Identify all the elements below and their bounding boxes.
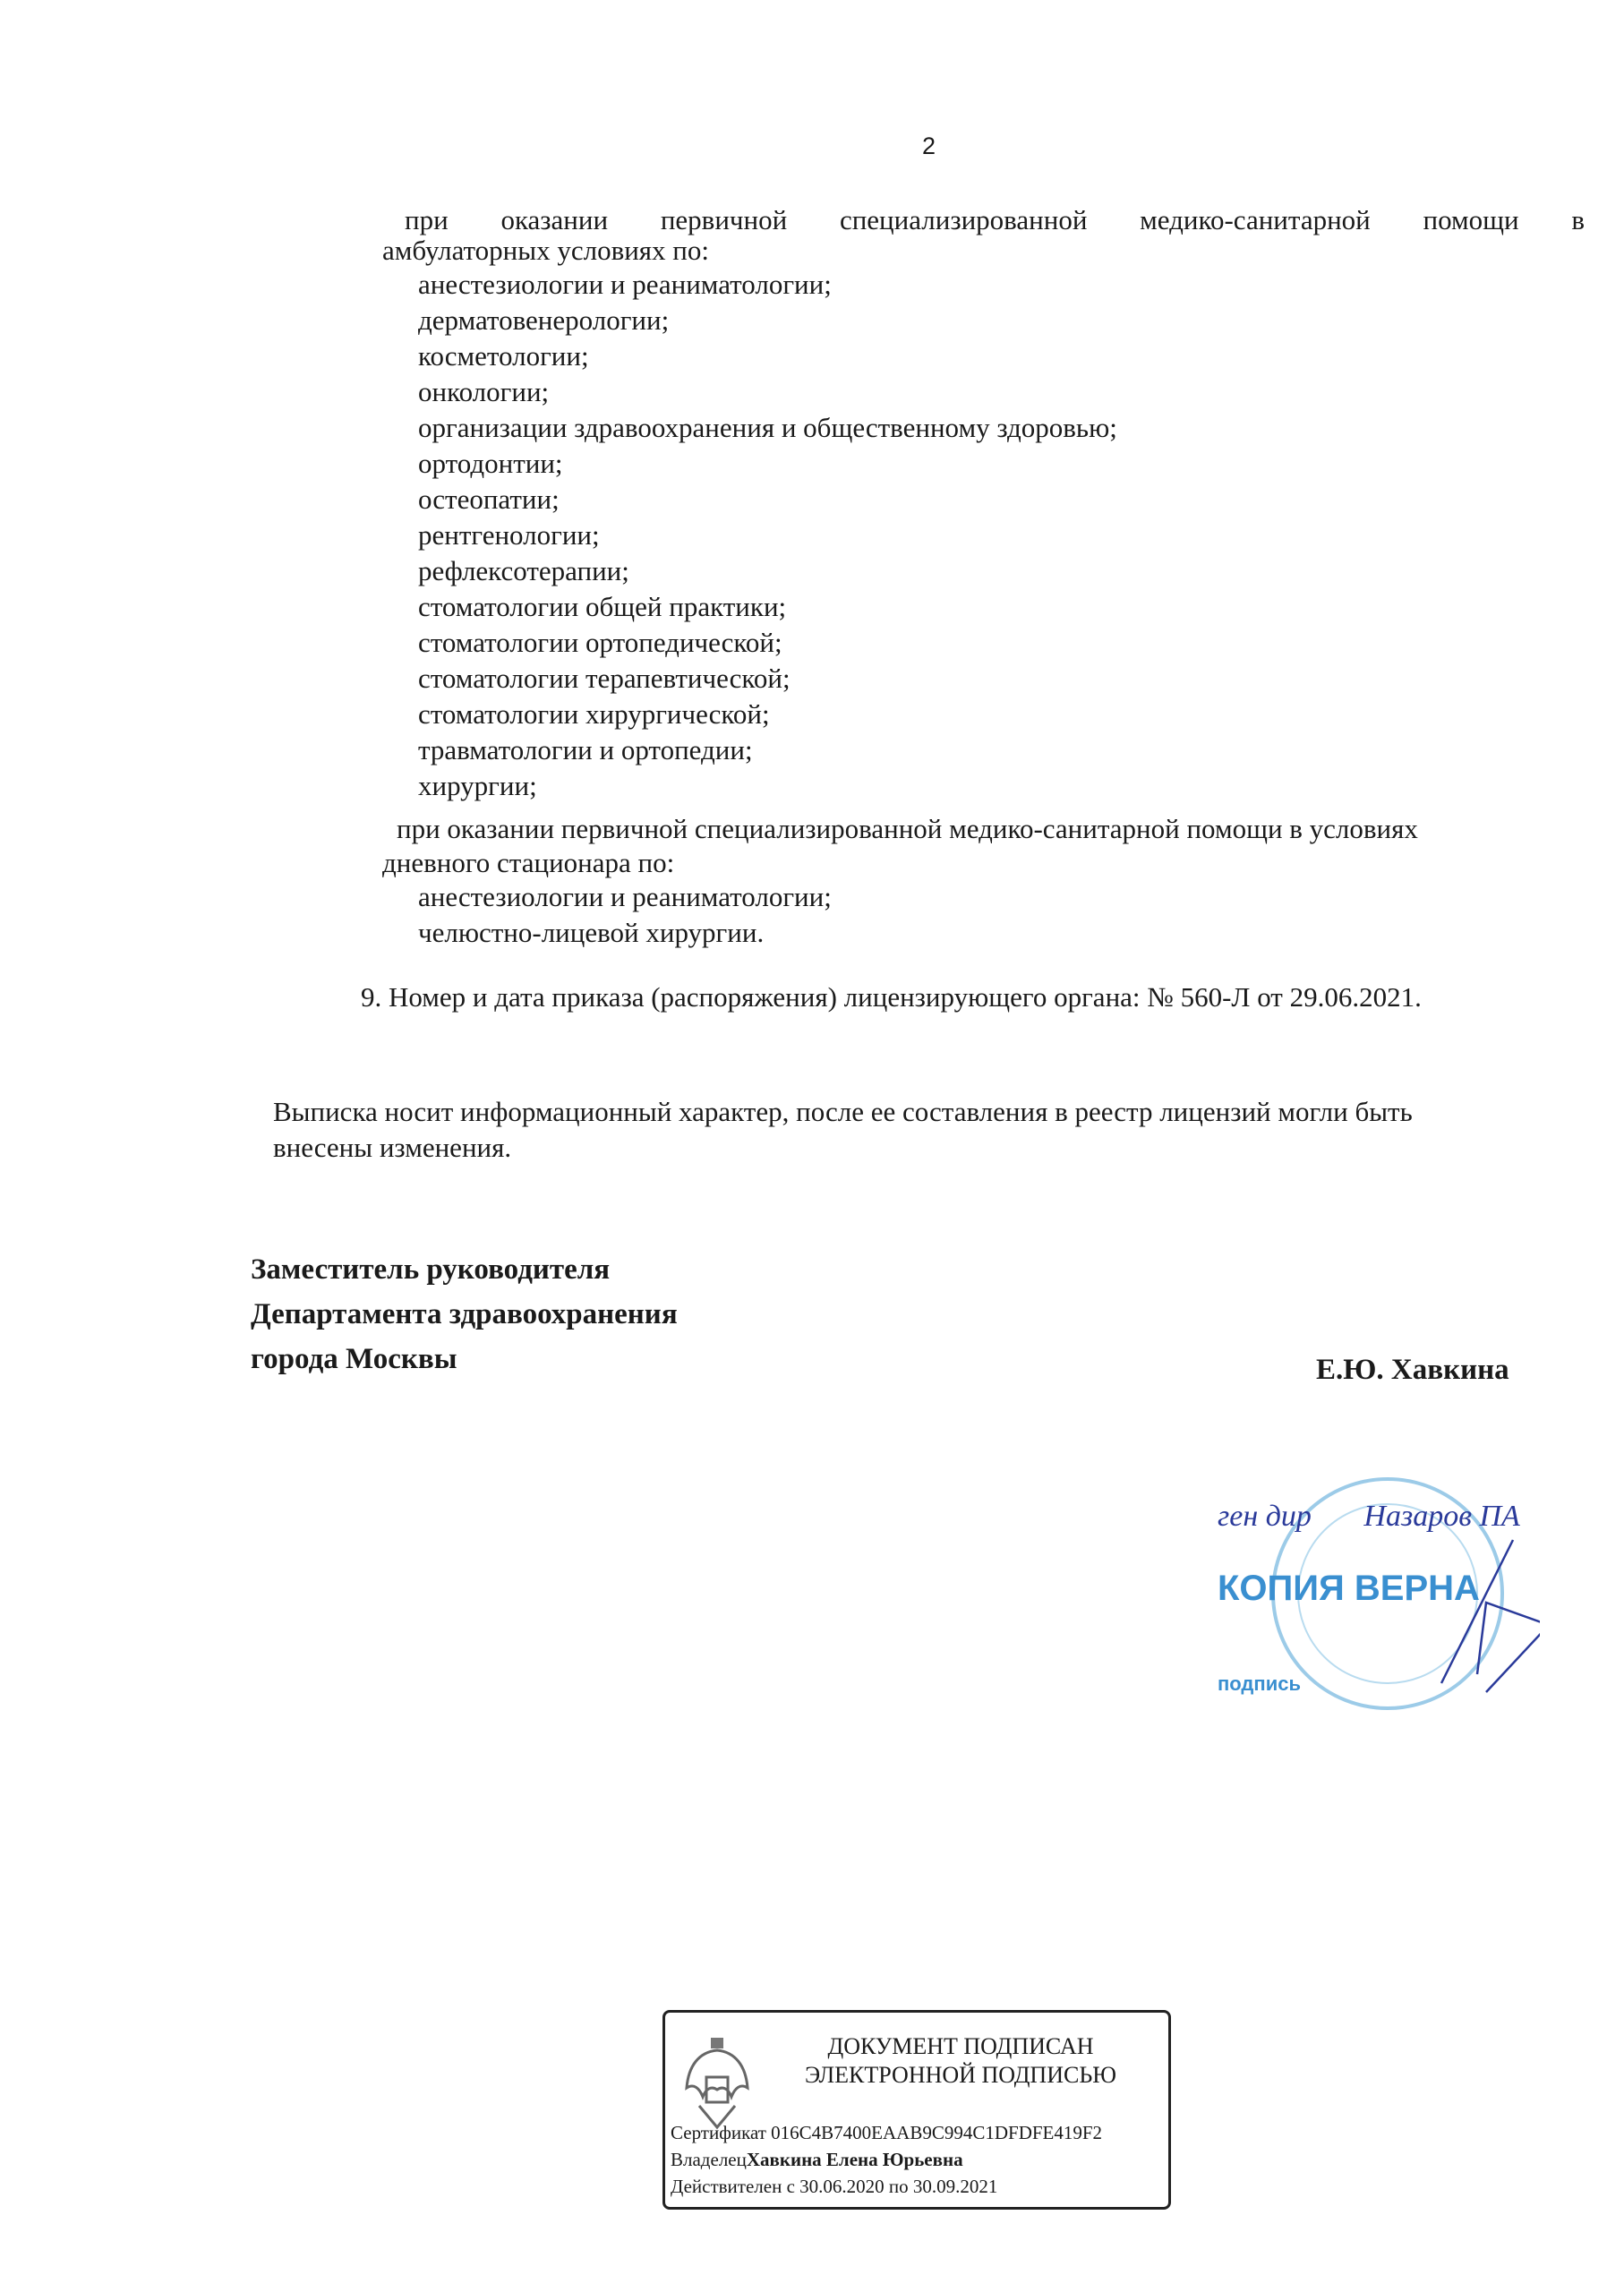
coat-of-arms-icon: [681, 2034, 753, 2133]
list-item: ортодонтии;: [418, 448, 563, 480]
order-number: 9. Номер и дата приказа (распоряжения) л…: [361, 979, 1422, 1015]
day-hospital-intro-line2: дневного стационара по:: [382, 845, 674, 881]
list-item: онкологии;: [418, 376, 549, 408]
owner-line: ВладелецХавкина Елена Юрьевна: [671, 2149, 963, 2171]
list-item: стоматологии терапевтической;: [418, 663, 791, 695]
ambulatory-intro-line1: при оказании первичной специализированно…: [405, 204, 1585, 236]
list-item: рентгенологии;: [418, 519, 600, 552]
list-item: организации здравоохранения и общественн…: [418, 412, 1117, 444]
day-hospital-intro-line1: при оказании первичной специализированно…: [397, 811, 1418, 847]
list-item: стоматологии ортопедической;: [418, 627, 782, 659]
signatory-title-line: города Москвы: [251, 1341, 457, 1377]
list-item: анестезиологии и реаниматологии;: [418, 881, 832, 913]
list-item: стоматологии хирургической;: [418, 698, 770, 731]
word: помощи: [1423, 204, 1519, 236]
stamp-signature-label: подпись: [1218, 1672, 1301, 1696]
signature-title: ДОКУМЕНТ ПОДПИСАН ЭЛЕКТРОННОЙ ПОДПИСЬЮ: [764, 2032, 1158, 2090]
validity-line: Действителен с 30.06.2020 по 30.09.2021: [671, 2176, 997, 2198]
list-item: косметологии;: [418, 340, 589, 372]
page-number: 2: [922, 133, 936, 160]
list-item: анестезиологии и реаниматологии;: [418, 269, 832, 301]
list-item: рефлексотерапии;: [418, 555, 629, 587]
word: специализированной: [840, 204, 1087, 236]
signatory-title-line: Департамента здравоохранения: [251, 1296, 678, 1332]
signatory-name: Е.Ю. Хавкина: [1316, 1352, 1509, 1388]
ambulatory-intro-line2: амбулаторных условиях по:: [382, 233, 709, 269]
owner-value: Хавкина Елена Юрьевна: [747, 2149, 963, 2170]
handwritten-name: Назаров ПА: [1363, 1500, 1519, 1533]
certificate-line: Сертификат 016C4B7400EAAB9C994C1DFDFE419…: [671, 2122, 1102, 2144]
signatory-title-line: Заместитель руководителя: [251, 1252, 610, 1287]
list-item: челюстно-лицевой хирургии.: [418, 917, 764, 949]
handwritten-position: ген дир: [1218, 1500, 1312, 1533]
list-item: остеопатии;: [418, 483, 560, 516]
word: при: [405, 204, 449, 236]
disclaimer-line1: Выписка носит информационный характер, п…: [273, 1094, 1413, 1130]
word: первичной: [661, 204, 787, 236]
word: медико-санитарной: [1140, 204, 1371, 236]
electronic-signature-box: ДОКУМЕНТ ПОДПИСАН ЭЛЕКТРОННОЙ ПОДПИСЬЮ С…: [662, 2010, 1171, 2210]
disclaimer-line2: внесены изменения.: [273, 1130, 511, 1166]
word: оказании: [500, 204, 608, 236]
list-item: травматологии и ортопедии;: [418, 734, 753, 766]
list-item: хирургии;: [418, 770, 537, 802]
word: в: [1571, 204, 1585, 236]
stamp-main-text: КОПИЯ ВЕРНА: [1218, 1569, 1480, 1609]
certificate-label: Сертификат: [671, 2122, 766, 2143]
signature-title-line1: ДОКУМЕНТ ПОДПИСАН: [764, 2032, 1158, 2061]
copy-certified-stamp: ген дир Назаров ПА КОПИЯ ВЕРНА подпись: [1218, 1468, 1540, 1737]
owner-label: Владелец: [671, 2149, 747, 2170]
signature-title-line2: ЭЛЕКТРОННОЙ ПОДПИСЬЮ: [764, 2061, 1158, 2090]
list-item: дерматовенерологии;: [418, 304, 669, 337]
list-item: стоматологии общей практики;: [418, 591, 786, 623]
certificate-value: 016C4B7400EAAB9C994C1DFDFE419F2: [771, 2122, 1102, 2143]
